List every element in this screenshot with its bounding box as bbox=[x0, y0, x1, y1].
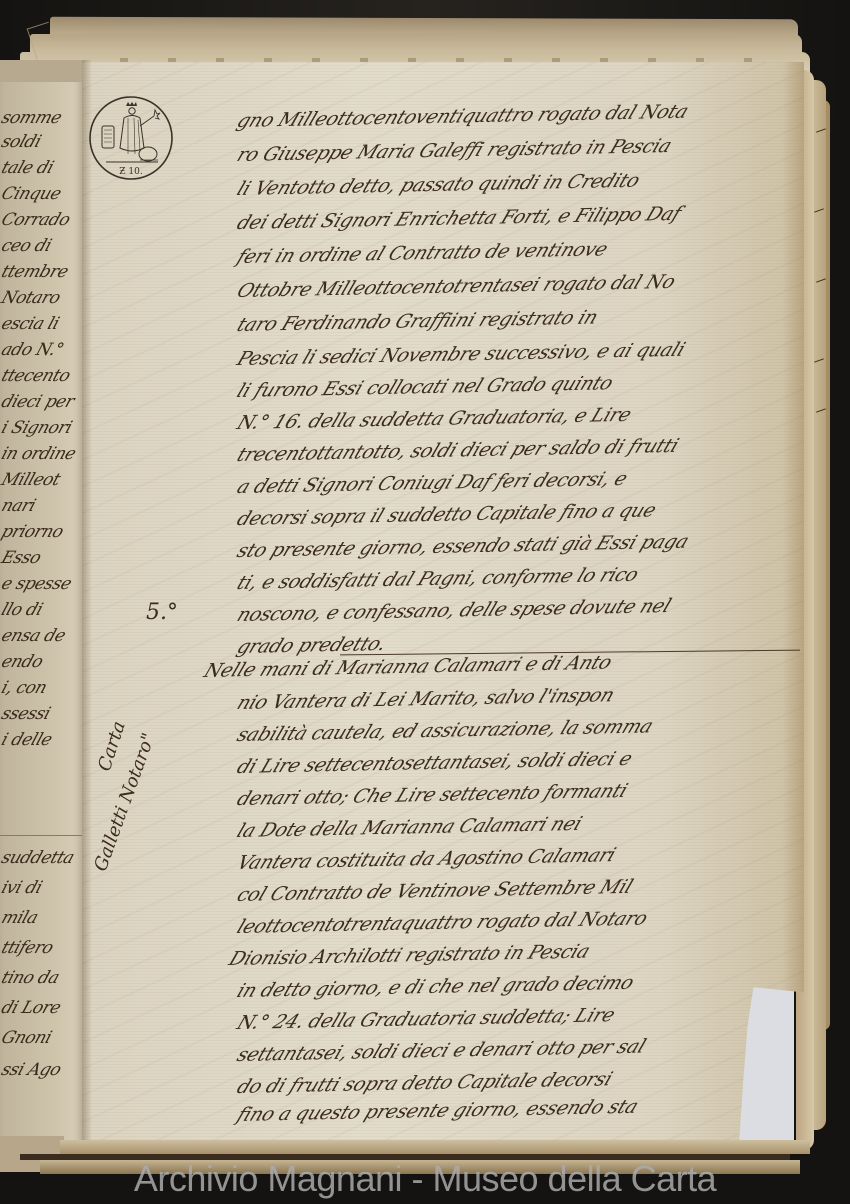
left-fragment-line: suddetta bbox=[0, 848, 82, 868]
revenue-stamp-icon: Ƶ 10. bbox=[88, 92, 174, 188]
left-fragment-line: ttecento bbox=[0, 366, 82, 386]
left-fragment-line: in ordine bbox=[0, 444, 82, 464]
left-fragment-line: ttifero bbox=[0, 938, 82, 958]
left-fragment-line: escia li bbox=[0, 314, 82, 334]
left-fragment-line: tale di bbox=[0, 158, 82, 178]
left-fragment-line: ensa de bbox=[0, 626, 82, 646]
paragraph-number: 5.° bbox=[146, 600, 178, 625]
left-fragment-line: ssi Ago bbox=[0, 1060, 82, 1080]
left-fragment-line: nari bbox=[0, 496, 82, 516]
left-fragment-line: ado N.° bbox=[0, 340, 82, 360]
page-tab bbox=[0, 60, 82, 82]
left-fragment-line: priorno bbox=[0, 522, 82, 542]
archive-watermark: Archivio Magnani - Museo della Carta bbox=[0, 1158, 850, 1200]
left-fragment-line: i delle bbox=[0, 730, 82, 750]
left-fragment-line: endo bbox=[0, 652, 82, 672]
left-fragment-line: llo di bbox=[0, 600, 82, 620]
left-fragment-line: i Signori bbox=[0, 418, 82, 438]
left-fragment-line: somme bbox=[0, 108, 82, 128]
left-fragment-line: ceo di bbox=[0, 236, 82, 256]
left-fragment-line: soldi bbox=[0, 132, 82, 152]
left-fragment-line: Milleot bbox=[0, 470, 82, 490]
left-fragment-line: ivi di bbox=[0, 878, 82, 898]
gutter-shadow bbox=[82, 60, 92, 1152]
left-fragment-line: ttembre bbox=[0, 262, 82, 282]
left-fragment-line: Notaro bbox=[0, 288, 82, 308]
left-fragment-line: i, con bbox=[0, 678, 82, 698]
svg-text:Ƶ 10.: Ƶ 10. bbox=[119, 167, 143, 177]
left-fragment-line: dieci per bbox=[0, 392, 82, 412]
left-page-divider bbox=[0, 835, 82, 836]
left-fragment-line: e spesse bbox=[0, 574, 82, 594]
left-fragment-line: ssessi bbox=[0, 704, 82, 724]
page-edge bbox=[60, 1140, 810, 1154]
left-page-fragment: somme soldi tale di Cinque Corrado ceo d… bbox=[0, 60, 82, 1152]
left-fragment-line: Esso bbox=[0, 548, 82, 568]
left-fragment-line: Corrado bbox=[0, 210, 82, 230]
left-fragment-line: mila bbox=[0, 908, 82, 928]
left-fragment-line: tino da bbox=[0, 968, 82, 988]
left-fragment-line: di Lore bbox=[0, 998, 82, 1018]
left-fragment-line: Cinque bbox=[0, 184, 82, 204]
left-fragment-line: Gnoni bbox=[0, 1028, 82, 1048]
